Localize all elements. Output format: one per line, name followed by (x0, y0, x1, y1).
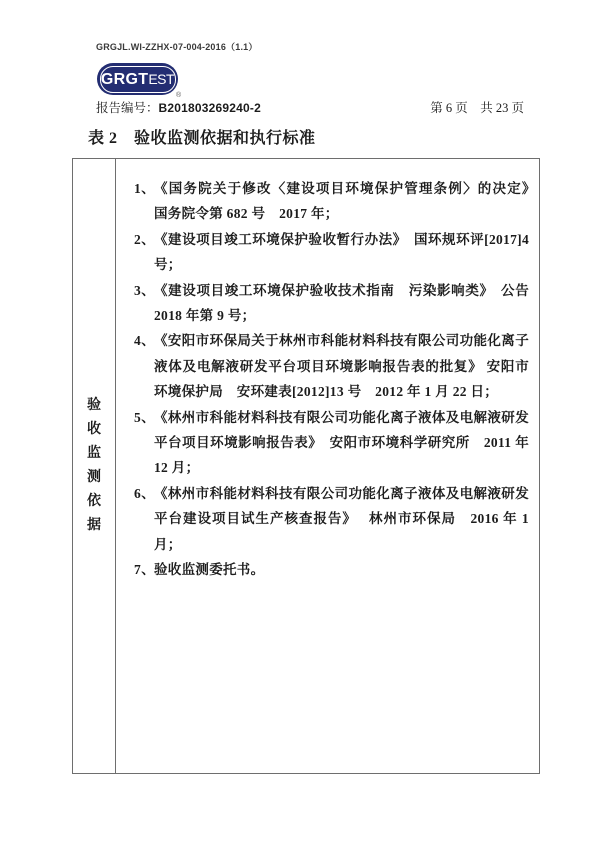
list-item: 2、 《建设项目竣工环境保护验收暂行办法》 国环规环评[2017]4 号； (134, 227, 529, 278)
report-header-row: 报告编号：B201803269240-2 第 6 页 共 23 页 (96, 98, 524, 116)
document-page: GRGJL.WI-ZZHX-07-004-2016（1.1） GRGTEST ®… (0, 0, 612, 865)
company-logo: GRGTEST (97, 63, 178, 95)
list-item-text: 《安阳市环保局关于林州市科能材料科技有限公司功能化离子液体及电解液研发平台项目环… (154, 328, 529, 404)
row-header-char: 监 (87, 447, 101, 461)
report-number-value: B201803269240-2 (159, 101, 261, 115)
list-item: 6、 《林州市科能材料科技有限公司功能化离子液体及电解液研发平台建设项目试生产核… (134, 481, 529, 557)
document-code: GRGJL.WI-ZZHX-07-004-2016（1.1） (96, 40, 258, 53)
list-item-text: 《建设项目竣工环境保护验收技术指南 污染影响类》 公告 2018 年第 9 号； (154, 278, 529, 329)
list-item-number: 4、 (134, 328, 154, 353)
list-item-text: 验收监测委托书。 (154, 557, 529, 582)
row-header-basis: 验 收 监 测 依 据 (73, 159, 116, 773)
row-header-char: 据 (87, 519, 101, 533)
logo-secondary-text: EST (148, 71, 174, 87)
row-header-char: 依 (87, 495, 101, 509)
row-header-char: 测 (87, 471, 101, 485)
report-number: 报告编号：B201803269240-2 (96, 98, 261, 116)
list-item: 3、 《建设项目竣工环境保护验收技术指南 污染影响类》 公告 2018 年第 9… (134, 278, 529, 329)
list-item-number: 1、 (134, 176, 154, 201)
list-item: 7、 验收监测委托书。 (134, 557, 529, 582)
list-item: 4、 《安阳市环保局关于林州市科能材料科技有限公司功能化离子液体及电解液研发平台… (134, 328, 529, 404)
list-item: 5、 《林州市科能材料科技有限公司功能化离子液体及电解液研发平台项目环境影响报告… (134, 405, 529, 481)
report-number-label: 报告编号： (96, 101, 159, 115)
list-item-text: 《林州市科能材料科技有限公司功能化离子液体及电解液研发平台项目环境影响报告表》 … (154, 405, 529, 481)
list-item-number: 5、 (134, 405, 154, 430)
list-item-text: 《建设项目竣工环境保护验收暂行办法》 国环规环评[2017]4 号； (154, 227, 529, 278)
list-item: 1、 《国务院关于修改〈建设项目环境保护管理条例〉的决定》 国务院令第 682 … (134, 176, 529, 227)
list-item-text: 《林州市科能材料科技有限公司功能化离子液体及电解液研发平台建设项目试生产核查报告… (154, 481, 529, 557)
logo-primary-text: GRGT (101, 71, 148, 88)
logo-text: GRGTEST (101, 71, 174, 88)
page-number-info: 第 6 页 共 23 页 (430, 98, 524, 116)
basis-list: 1、 《国务院关于修改〈建设项目环境保护管理条例〉的决定》 国务院令第 682 … (116, 159, 539, 773)
list-item-number: 7、 (134, 557, 154, 582)
table-title: 表 2 验收监测依据和执行标准 (88, 125, 316, 148)
row-header-char: 收 (87, 423, 101, 437)
list-item-number: 6、 (134, 481, 154, 506)
list-item-text: 《国务院关于修改〈建设项目环境保护管理条例〉的决定》 国务院令第 682 号 2… (154, 176, 529, 227)
list-item-number: 2、 (134, 227, 154, 252)
list-item-number: 3、 (134, 278, 154, 303)
basis-table: 验 收 监 测 依 据 1、 《国务院关于修改〈建设项目环境保护管理条例〉的决定… (72, 158, 540, 774)
row-header-char: 验 (87, 399, 101, 413)
